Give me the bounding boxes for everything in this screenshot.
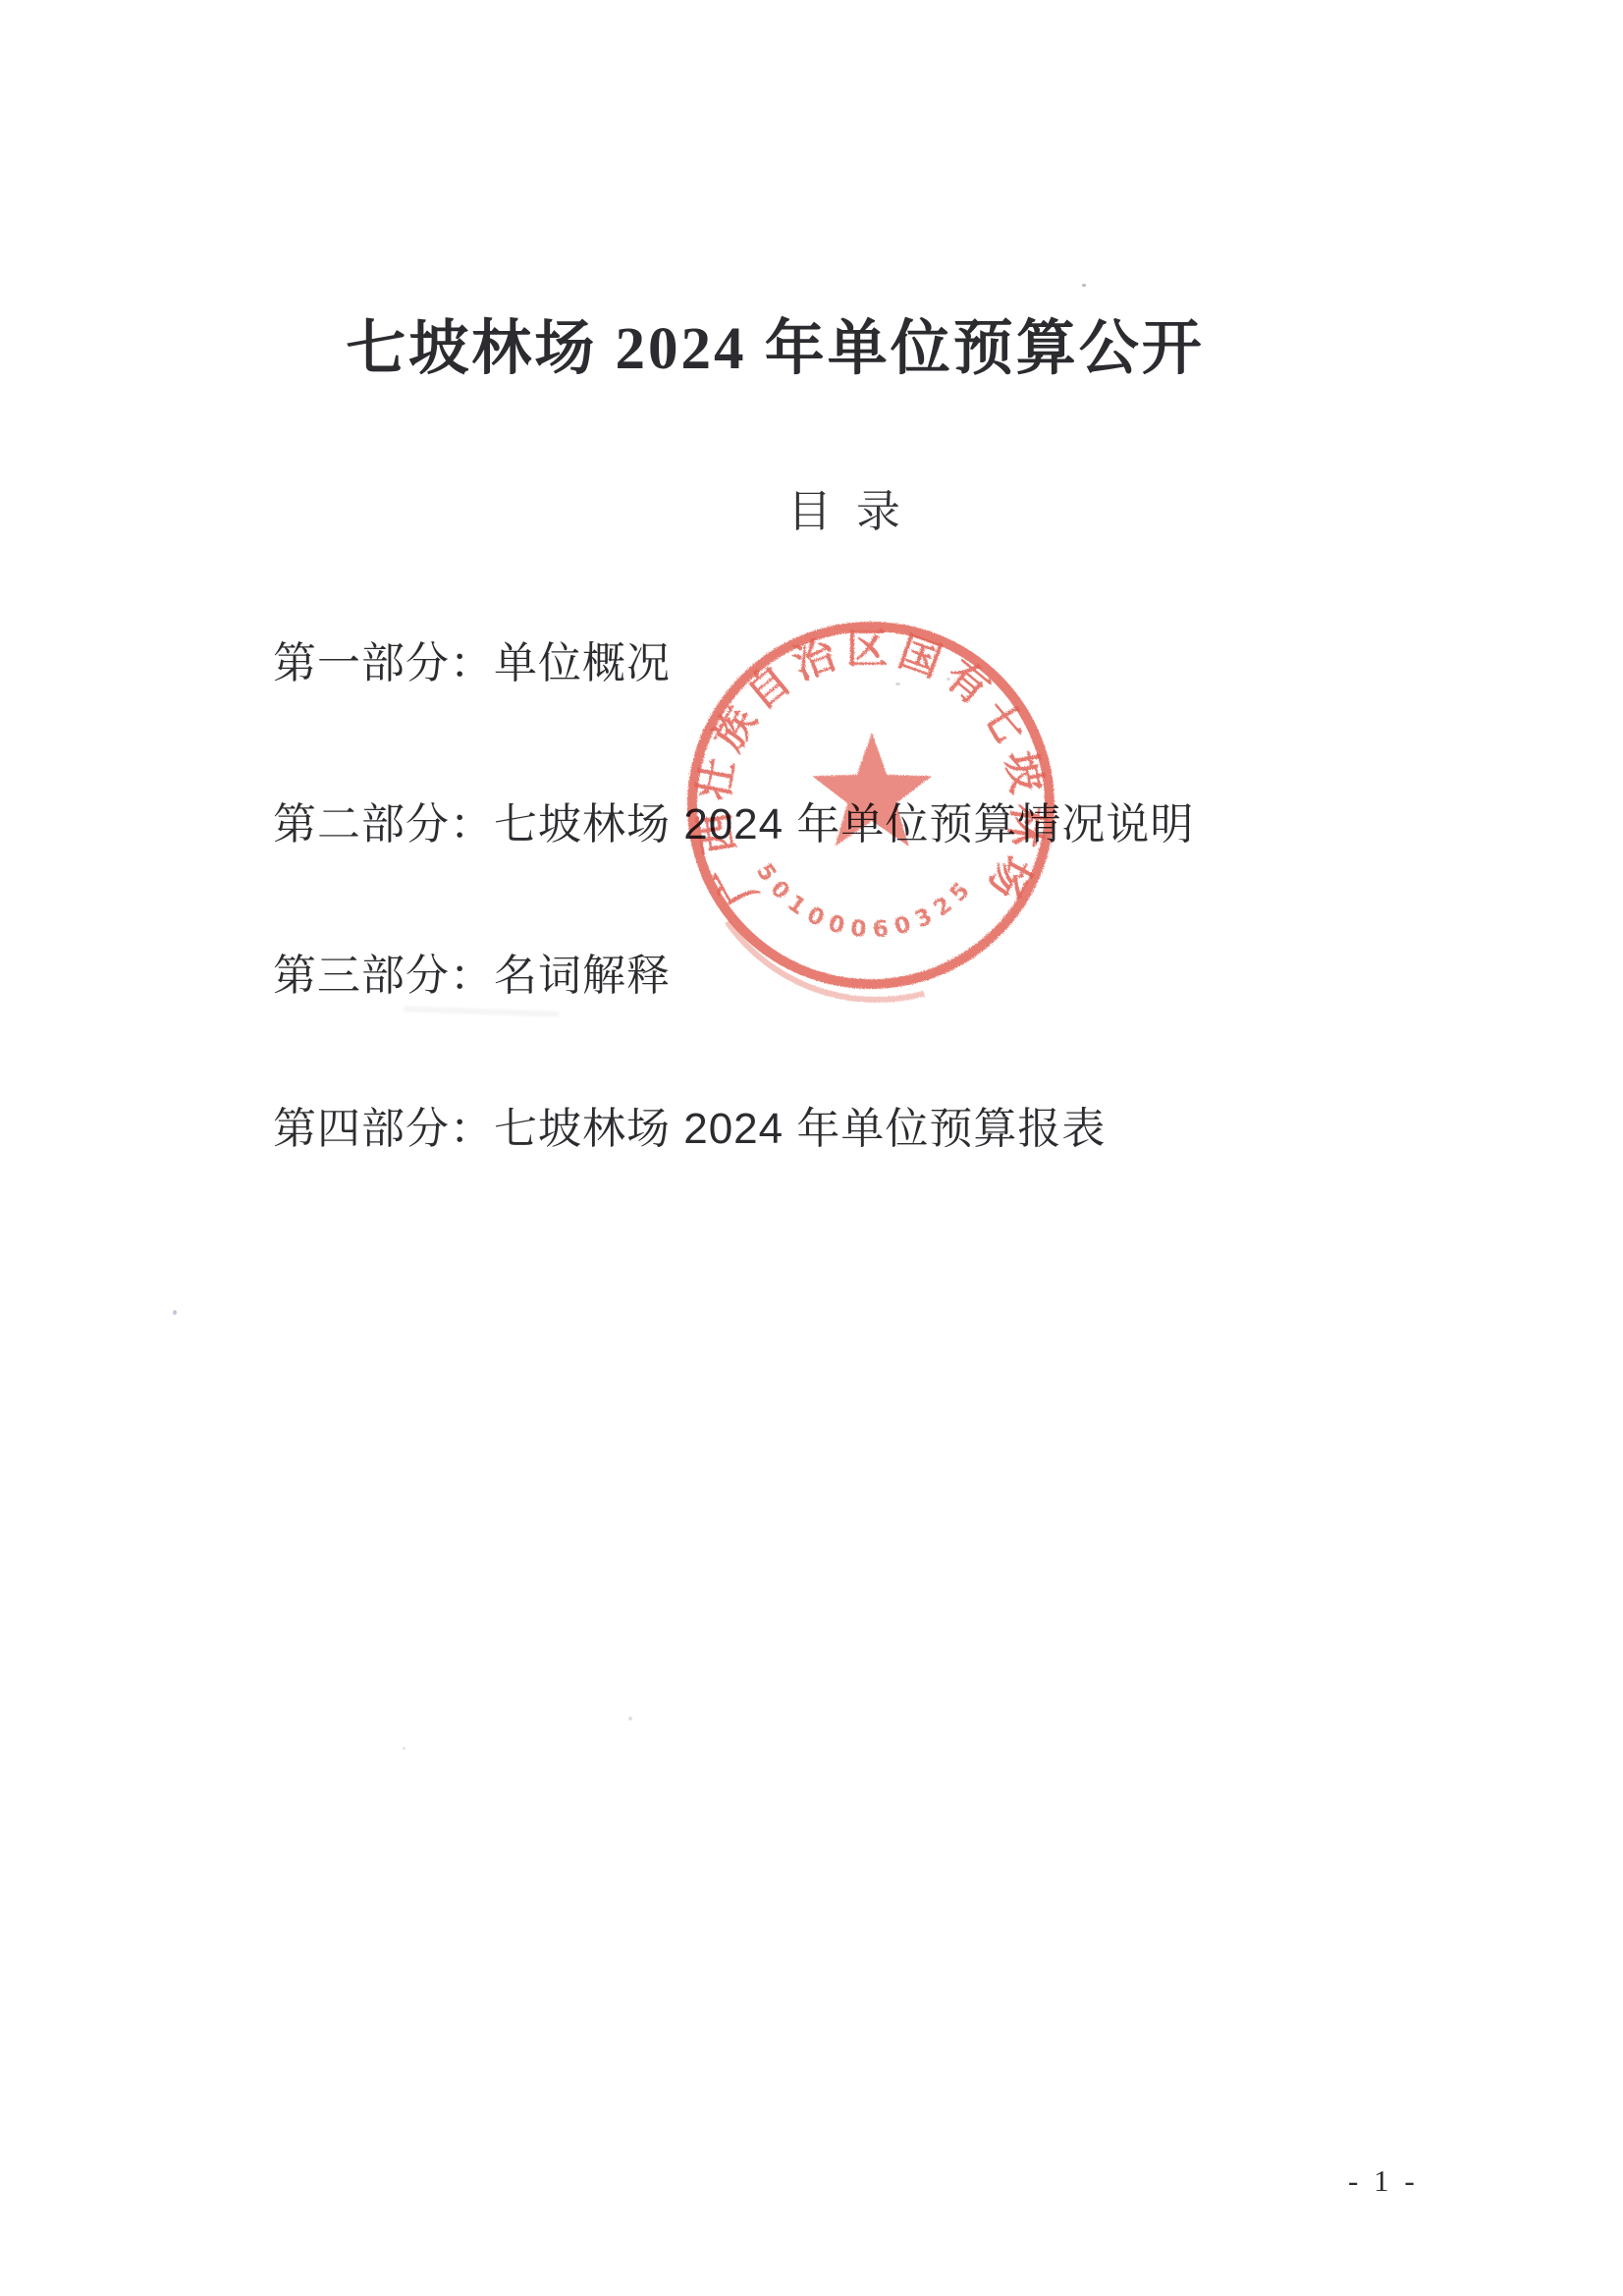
toc-item-part1: 第一部分：单位概况 [273, 628, 671, 690]
document-page: 七坡林场 2024 年单位预算公开 目 录 第一部分：单位概况 第二部分：七坡林… [0, 0, 1623, 2296]
scan-artifact [628, 1717, 632, 1721]
scan-artifact [895, 683, 900, 685]
seal-arc-text: 广西壮族自治区国有七坡林场 [691, 628, 1052, 912]
document-title: 七坡林场 2024 年单位预算公开 [0, 301, 1587, 386]
seal-ring-smudge [728, 922, 925, 1000]
svg-text:广西壮族自治区国有七坡林场: 广西壮族自治区国有七坡林场 [691, 628, 1052, 912]
toc-item-part4: 第四部分：七坡林场 2024 年单位预算报表 [273, 1093, 1106, 1156]
scan-artifact [1082, 284, 1086, 287]
scan-artifact [403, 1006, 560, 1017]
toc-item-part3: 第三部分：名词解释 [273, 940, 671, 1003]
toc-heading: 目 录 [32, 475, 1623, 539]
scan-artifact [947, 678, 950, 681]
svg-text:4501000603251: 4501000603251 [684, 617, 980, 943]
seal-code-number: 4501000603251 [684, 617, 980, 943]
page-number: - 1 - [1348, 2163, 1419, 2199]
scan-artifact [403, 1747, 406, 1750]
scan-artifact [173, 1310, 177, 1315]
toc-item-part2: 第二部分：七坡林场 2024 年单位预算情况说明 [273, 789, 1194, 851]
